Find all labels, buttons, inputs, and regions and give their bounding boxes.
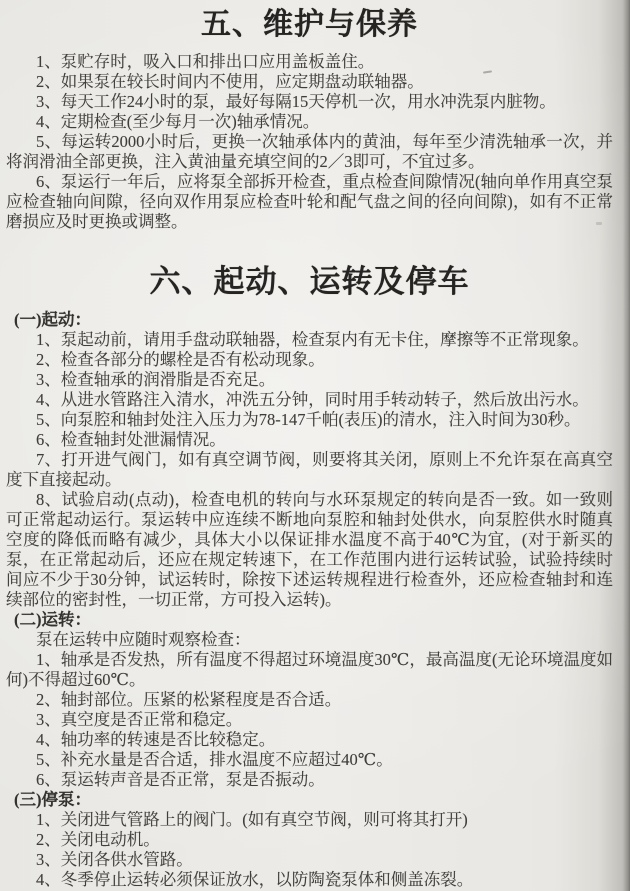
run-item: 5、补充水量是否合适，排水温度不应超过40℃。 bbox=[6, 750, 613, 770]
section-6-title: 六、起动、运转及停车 bbox=[6, 264, 613, 300]
stop-item: 2、关闭电动机。 bbox=[6, 830, 613, 850]
section-5-item: 6、泵运行一年后，应将泵全部拆开检查，重点检查间隙情况(轴向单作用真空泵应检查轴… bbox=[6, 172, 613, 232]
run-item: 4、轴功率的转速是否比较稳定。 bbox=[6, 730, 613, 750]
section-5-item: 3、每天工作24小时的泵，最好每隔15天停机一次，用水冲洗泵内脏物。 bbox=[6, 92, 613, 112]
start-item: 6、检查轴封处泄漏情况。 bbox=[6, 430, 613, 450]
start-item: 8、试验启动(点动)，检查电机的转向与水环泵规定的转向是否一致。如一致则可正常起… bbox=[6, 490, 613, 610]
start-item: 1、泵起动前，请用手盘动联轴器，检查泵内有无卡住，摩擦等不正常现象。 bbox=[6, 330, 613, 350]
scanned-manual-page: 五、维护与保养 1、泵贮存时，吸入口和排出口应用盖板盖住。 2、如果泵在较长时间… bbox=[0, 0, 630, 891]
subsection-stop-heading: (三)停泵： bbox=[6, 790, 613, 810]
run-item: 2、轴封部位。压紧的松紧程度是否合适。 bbox=[6, 690, 613, 710]
section-5-item: 5、每运转2000小时后，更换一次轴承体内的黄油，每年至少清洗轴承一次，并将润滑… bbox=[6, 132, 613, 172]
run-item: 6、泵运转声音是否正常，泵是否振动。 bbox=[6, 770, 613, 790]
run-item: 3、真空度是否正常和稳定。 bbox=[6, 710, 613, 730]
stop-item: 4、冬季停止运转必须保证放水，以防陶瓷泵体和侧盖冻裂。 bbox=[6, 870, 613, 890]
page-content: 五、维护与保养 1、泵贮存时，吸入口和排出口应用盖板盖住。 2、如果泵在较长时间… bbox=[0, 0, 630, 890]
section-5-title: 五、维护与保养 bbox=[6, 8, 613, 42]
start-item: 7、打开进气阀门，如有真空调节阀，则要将其关闭，原则上不允许泵在高真空度下直接起… bbox=[6, 450, 613, 490]
start-item: 2、检查各部分的螺栓是否有松动现象。 bbox=[6, 350, 613, 370]
section-5-item: 4、定期检查(至少每月一次)轴承情况。 bbox=[6, 112, 613, 132]
run-intro: 泵在运转中应随时观察检查： bbox=[6, 630, 613, 650]
section-5-item: 2、如果泵在较长时间内不使用，应定期盘动联轴器。 bbox=[6, 72, 613, 92]
section-5-item: 1、泵贮存时，吸入口和排出口应用盖板盖住。 bbox=[6, 52, 613, 72]
start-item: 4、从进水管路注入清水，冲洗五分钟，同时用手转动转子，然后放出污水。 bbox=[6, 390, 613, 410]
subsection-start-heading: (一)起动： bbox=[6, 310, 613, 330]
start-item: 3、检查轴承的润滑脂是否充足。 bbox=[6, 370, 613, 390]
subsection-run-heading: (二)运转： bbox=[6, 610, 613, 630]
stop-item: 1、关闭进气管路上的阀门。(如有真空节阀，则可将其打开) bbox=[6, 810, 613, 830]
start-item: 5、向泵腔和轴封处注入压力为78-147千帕(表压)的清水，注入时间为30秒。 bbox=[6, 410, 613, 430]
stop-item: 3、关闭各供水管路。 bbox=[6, 850, 613, 870]
run-item: 1、轴承是否发热，所有温度不得超过环境温度30℃，最高温度(无论环境温度如何)不… bbox=[6, 650, 613, 690]
